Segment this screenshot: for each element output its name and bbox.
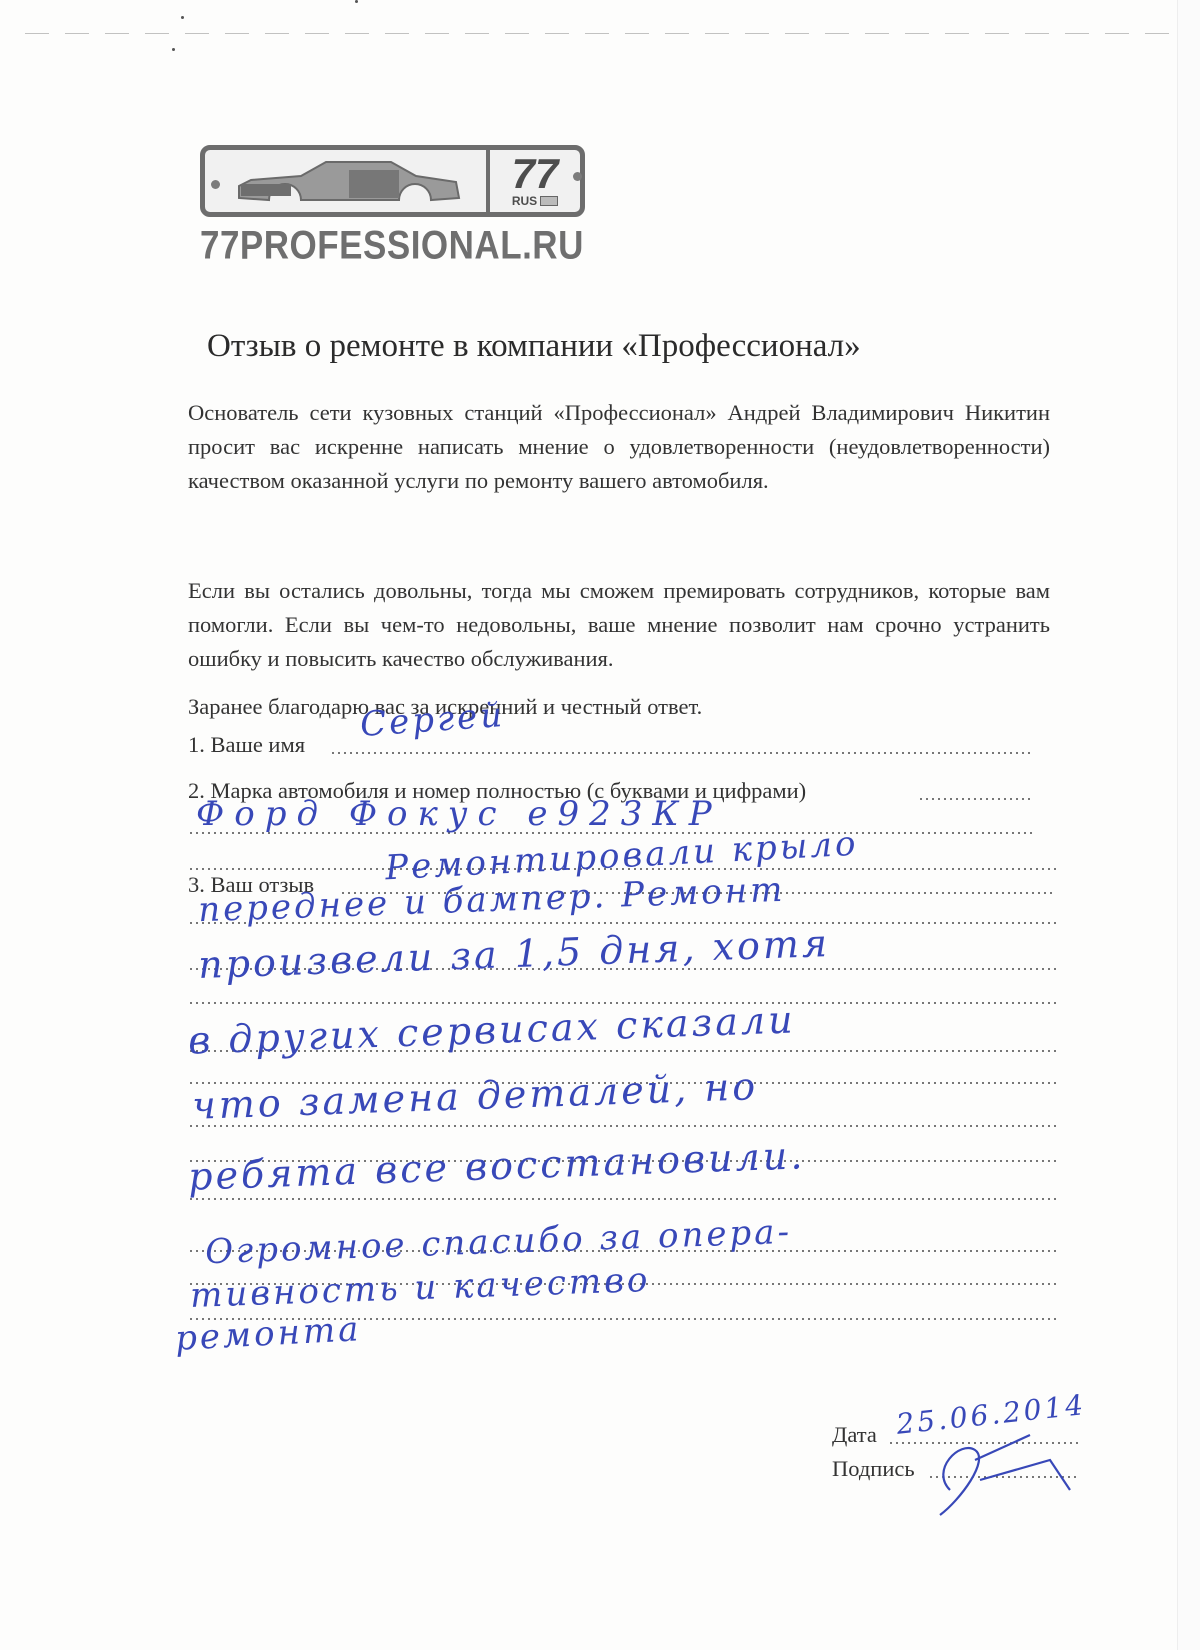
intro-paragraph: Основатель сети кузовных станций «Профес… xyxy=(188,396,1050,498)
license-plate-emblem: 77 RUS xyxy=(200,145,585,217)
q2-answer[interactable]: Форд Фокус е923КР xyxy=(196,794,722,834)
region-code: 77 xyxy=(512,154,559,194)
region-country-text: RUS xyxy=(512,194,537,208)
q3-answer-line[interactable]: ремонта xyxy=(174,1309,362,1359)
signature-label: Подпись xyxy=(832,1456,915,1482)
q2-answer-line xyxy=(918,798,1033,800)
region-country: RUS xyxy=(512,194,558,208)
plate-bolt-icon xyxy=(211,180,220,189)
flag-icon xyxy=(540,196,558,206)
q1-label: 1. Ваше имя xyxy=(188,732,305,758)
plate-region: 77 RUS xyxy=(490,150,580,212)
q3-answer-line-8 xyxy=(188,1198,1056,1200)
scan-right-edge xyxy=(1177,0,1200,1650)
plate-bolt-icon xyxy=(573,172,582,181)
scan-speck xyxy=(172,48,175,51)
q3-answer-line[interactable]: Огромное спасибо за опера- xyxy=(204,1212,792,1272)
document-title: Отзыв о ремонте в компании «Профессионал… xyxy=(207,328,861,365)
q1-answer-line xyxy=(330,752,1030,754)
car-icon xyxy=(205,150,490,212)
signature-scribble-icon xyxy=(920,1430,1080,1520)
company-logo: 77 RUS 77PROFESSIONAL.RU xyxy=(200,145,585,263)
q3-answer-line[interactable]: в других сервисах сказали xyxy=(187,997,796,1062)
q3-answer-line[interactable]: произвели за 1,5 дня, хотя xyxy=(197,921,830,987)
q3-answer-line[interactable]: ребята все восстановили. xyxy=(187,1133,806,1199)
scan-speck xyxy=(355,0,358,3)
request-paragraph: Если вы остались довольны, тогда мы смож… xyxy=(188,574,1050,676)
scan-speck xyxy=(181,16,184,19)
q3-answer-line[interactable]: что замена деталей, но xyxy=(191,1064,758,1128)
scan-edge-line xyxy=(25,33,1200,34)
thanks-paragraph: Заранее благодарю вас за искренний и чес… xyxy=(188,690,1050,724)
date-label: Дата xyxy=(832,1422,877,1448)
q3-answer-line-6 xyxy=(188,1125,1056,1127)
logo-site-name: 77PROFESSIONAL.RU xyxy=(200,223,585,269)
